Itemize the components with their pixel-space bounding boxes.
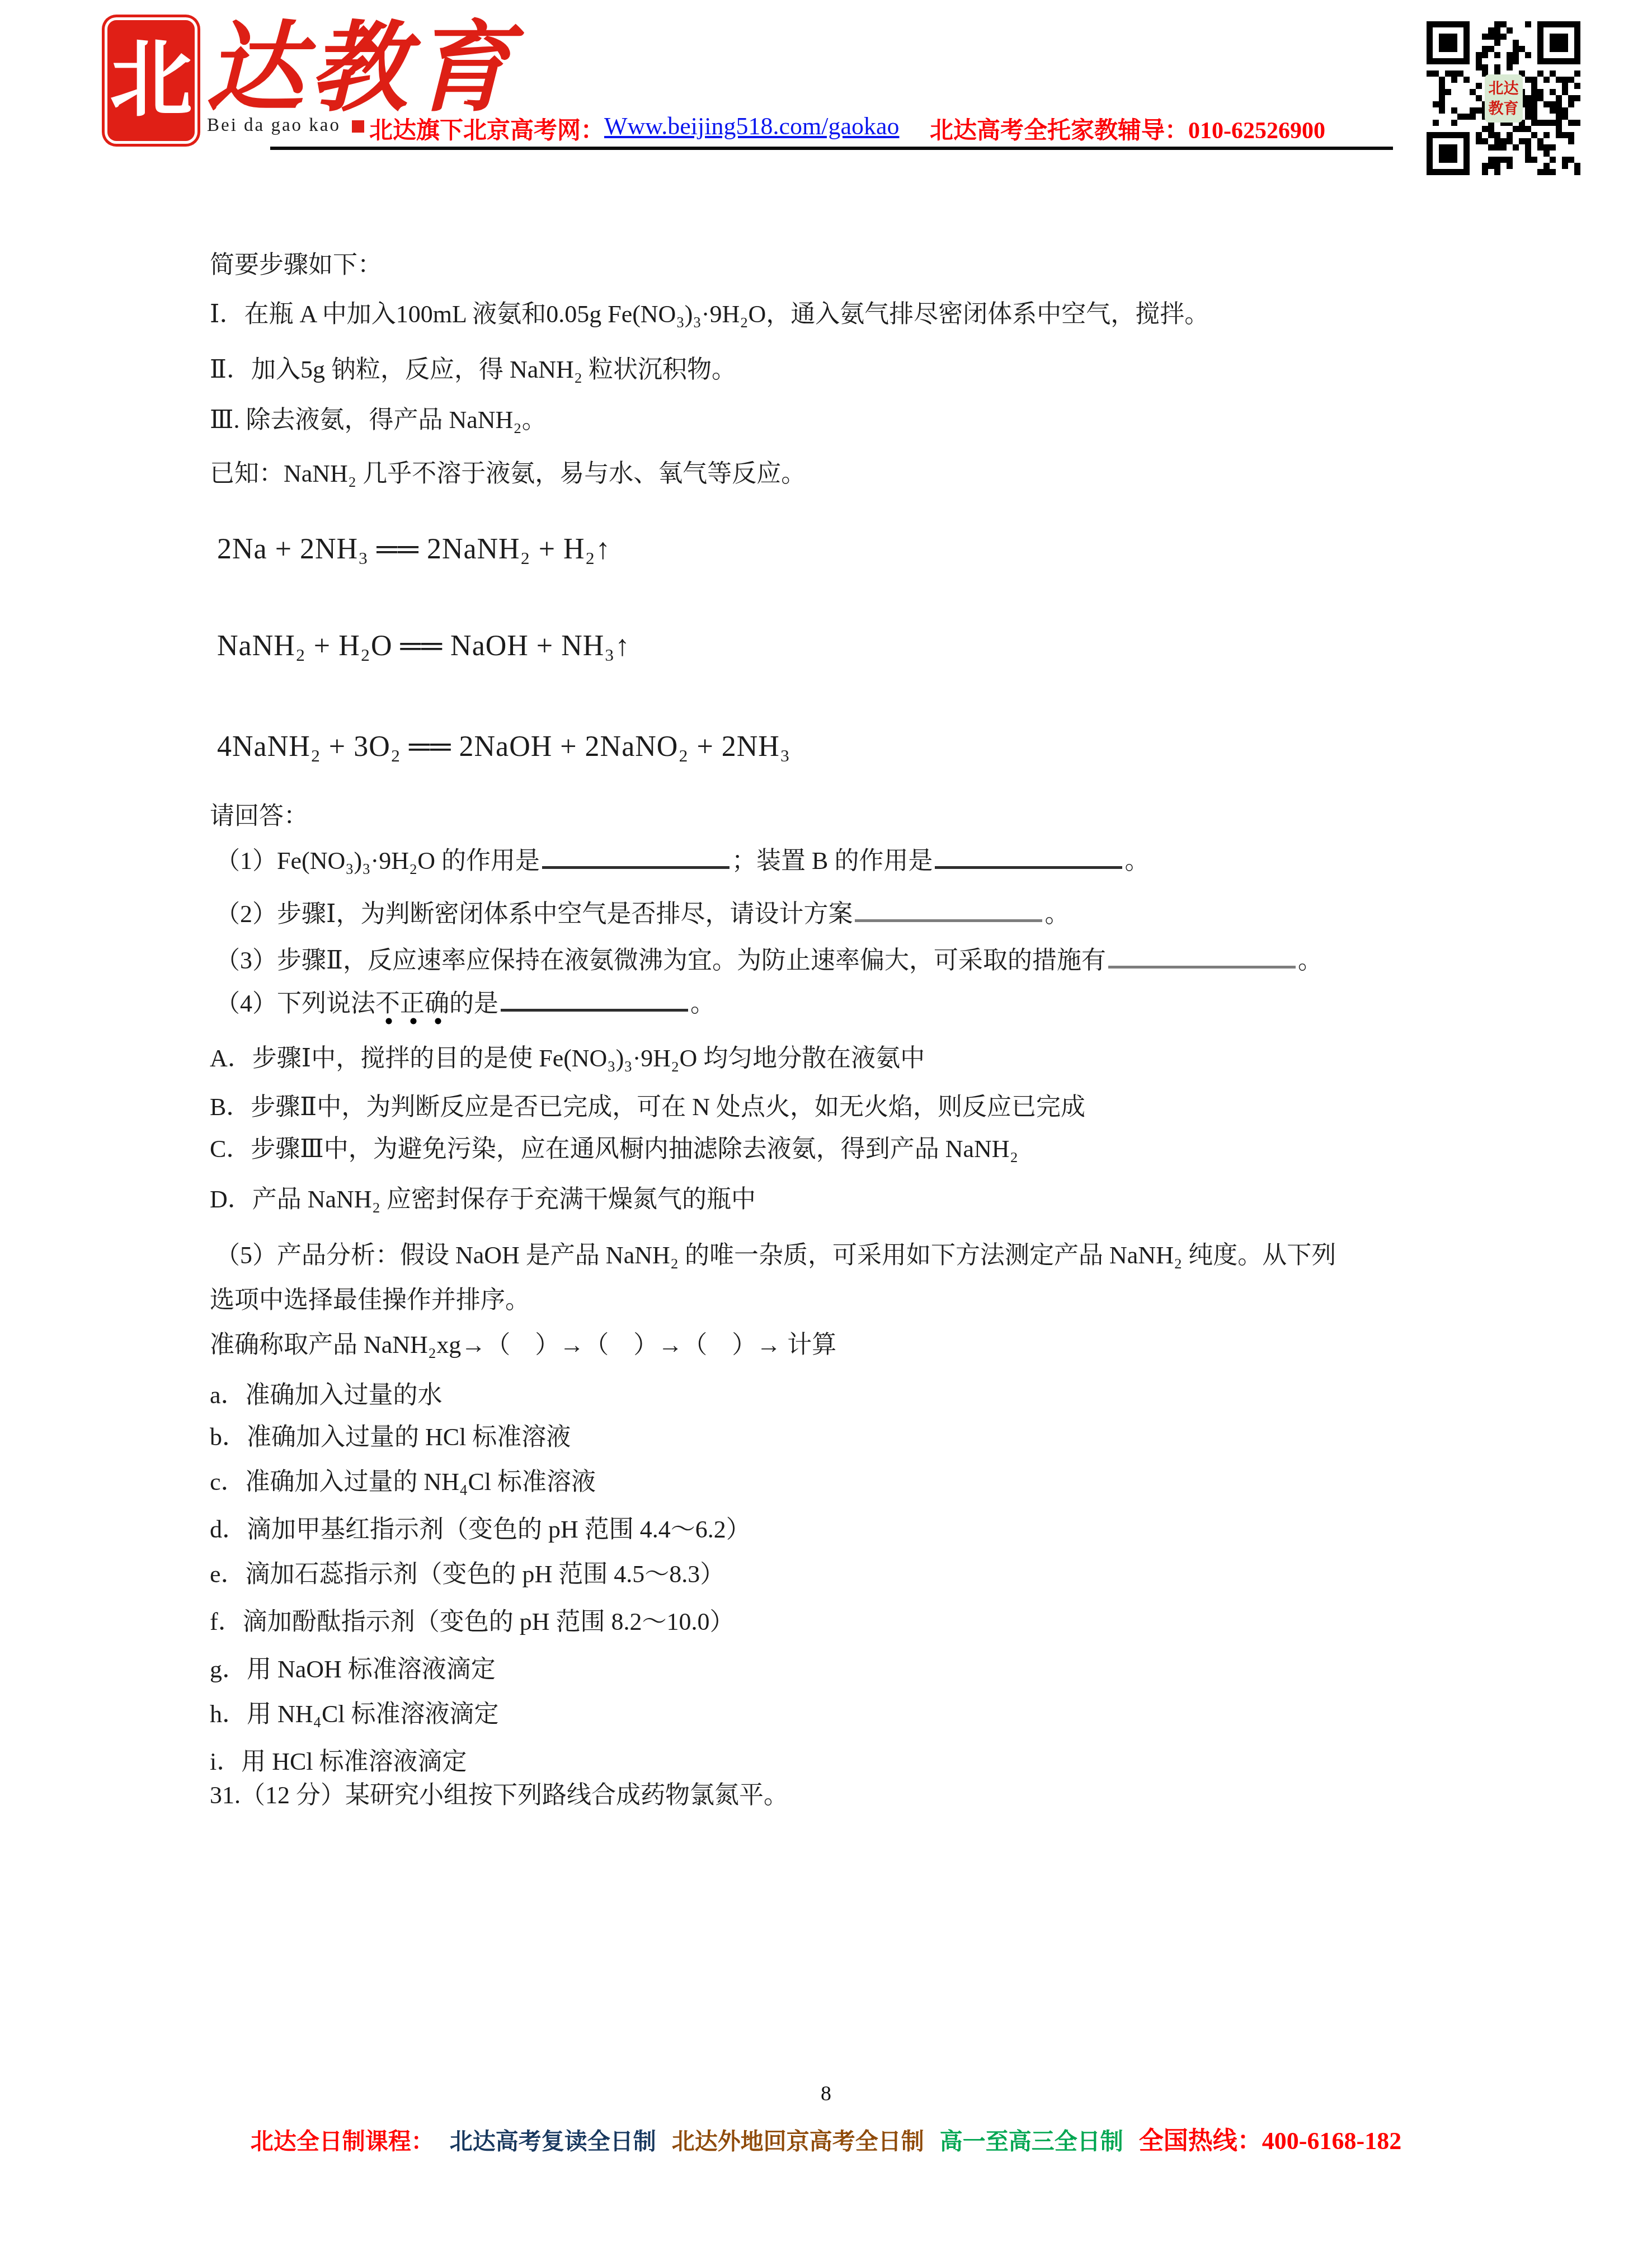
logo-subtitle-text: Bei da gao kao <box>207 115 341 135</box>
question-1-text: （1）Fe(NO₃)₃·9H₂O 的作用是 <box>215 847 540 875</box>
choice-b: B．步骤Ⅱ中，为判断反应是否已完成，可在 N 处点火，如无火焰，则反应已完成 <box>210 1089 1085 1125</box>
footer-hotline: 全国热线：400-6168-182 <box>1139 2127 1401 2155</box>
procedure-option-i: i．用 HCl 标准溶液滴定 <box>210 1744 467 1780</box>
tutor-phone-number: 010-62526900 <box>1188 118 1325 144</box>
question-2: （2）步骤Ⅰ，为判断密闭体系中空气是否排尽，请设计方案。 <box>215 896 1069 932</box>
step-2-line: Ⅱ．加入5g 钠粒，反应，得 NaNH₂ 粒状沉积物。 <box>210 352 736 388</box>
question-5-line-1: （5）产品分析：假设 NaOH 是产品 NaNH₂ 的唯一杂质，可采用如下方法测… <box>215 1238 1336 1273</box>
question-3: （3）步骤Ⅱ，反应速率应保持在液氨微沸为宜。为防止速率偏大，可采取的措施有。 <box>215 943 1322 979</box>
choice-a: A．步骤Ⅰ中，搅拌的目的是使 Fe(NO₃)₃·9H₂O 均匀地分散在液氨中 <box>210 1041 925 1077</box>
question-1-mid-text: ；装置 B 的作用是 <box>732 847 933 875</box>
choice-d: D．产品 NaNH₂ 应密封保存于充满干燥氮气的瓶中 <box>210 1182 756 1217</box>
procedure-option-g: g．用 NaOH 标准溶液滴定 <box>210 1652 496 1687</box>
question-1-blank-1 <box>542 866 729 869</box>
footer-course-bar: 北达全日制课程：北达高考复读全日制北达外地回京高考全日制高一至高三全日制全国热线… <box>0 2121 1652 2156</box>
procedure-flow-line: 准确称取产品 NaNH₂xg→（ ）→（ ）→（ ）→ 计算 <box>210 1327 836 1363</box>
question-1-blank-2 <box>935 866 1122 869</box>
tutor-hotline: 北达高考全托家教辅导：010-62526900 <box>930 112 1325 145</box>
step-3-line: Ⅲ. 除去液氨，得产品 NaNH₂。 <box>210 402 547 438</box>
question-2-text: （2）步骤Ⅰ，为判断密闭体系中空气是否排尽，请设计方案 <box>215 900 853 928</box>
red-square-icon <box>352 120 364 133</box>
procedure-option-c: c．准确加入过量的 NH₄Cl 标准溶液 <box>210 1464 596 1500</box>
question-3-end: 。 <box>1298 947 1322 974</box>
question-4: （4）下列说法不正确的是。 <box>215 986 715 1022</box>
question-5-line-2: 选项中选择最佳操作并排序。 <box>210 1282 530 1318</box>
question-4-blank <box>501 1009 688 1012</box>
footer-course-2: 北达外地回京高考全日制 <box>672 2128 924 2154</box>
logo-wordmark: 达教育 <box>206 10 516 128</box>
exam-document-page: 北 达教育 Bei da gao kao 北达旗下北京高考网： Www.beij… <box>0 0 1652 2247</box>
question-4-emphasized-text: 不正确 <box>375 990 449 1025</box>
intro-line: 简要步骤如下： <box>210 247 382 283</box>
question-2-end: 。 <box>1044 900 1069 928</box>
equation-2: NaNH₂ + H₂O ══ NaOH + NH₃↑ <box>217 626 630 667</box>
procedure-option-d: d．滴加甲基红指示剂（变色的 pH 范围 4.4～6.2） <box>210 1512 751 1548</box>
qr-code: 北达 教育 <box>1427 21 1580 175</box>
question-1: （1）Fe(NO₃)₃·9H₂O 的作用是；装置 B 的作用是。 <box>215 843 1149 879</box>
gaokao-site-link[interactable]: Www.beijing518.com/gaokao <box>604 112 899 140</box>
question-1-end: 。 <box>1124 847 1149 875</box>
procedure-option-a: a．准确加入过量的水 <box>210 1378 443 1413</box>
procedure-option-e: e．滴加石蕊指示剂（变色的 pH 范围 4.5～8.3） <box>210 1557 724 1592</box>
choice-c: C．步骤Ⅲ中，为避免污染，应在通风橱内抽滤除去液氨，得到产品 NaNH₂ <box>210 1131 1018 1167</box>
question-4-post-text: 的是 <box>449 990 498 1017</box>
question-4-end: 。 <box>690 990 715 1017</box>
known-facts-line: 已知：NaNH₂ 几乎不溶于液氨，易与水、氧气等反应。 <box>210 456 806 492</box>
beida-logo-stamp: 北 <box>107 20 195 141</box>
page-number: 8 <box>0 2081 1652 2106</box>
equation-1: 2Na + 2NH₃ ══ 2NaNH₂ + H₂↑ <box>217 529 611 570</box>
question-31-line: 31.（12 分）某研究小组按下列路线合成药物氯氮平。 <box>210 1778 788 1813</box>
step-1-line: Ⅰ．在瓶 A 中加入100mL 液氨和0.05g Fe(NO₃)₃·9H₂O，通… <box>210 297 1209 332</box>
logo-stamp-character: 北 <box>110 39 192 122</box>
qr-badge-line2: 教育 <box>1489 98 1519 119</box>
question-3-text: （3）步骤Ⅱ，反应速率应保持在液氨微沸为宜。为防止速率偏大，可采取的措施有 <box>215 947 1106 974</box>
tutor-label: 北达高考全托家教辅导： <box>930 118 1188 144</box>
procedure-option-f: f．滴加酚酞指示剂（变色的 pH 范围 8.2～10.0） <box>210 1604 734 1640</box>
qr-center-badge: 北达 教育 <box>1485 74 1523 123</box>
equation-3: 4NaNH₂ + 3O₂ ══ 2NaOH + 2NaNO₂ + 2NH₃ <box>217 726 790 768</box>
qr-badge-line1: 北达 <box>1489 78 1519 98</box>
question-4-text: （4）下列说法 <box>215 990 375 1017</box>
footer-course-1: 北达高考复读全日制 <box>450 2128 656 2154</box>
footer-course-3: 高一至高三全日制 <box>940 2128 1123 2154</box>
question-3-blank <box>1108 966 1296 969</box>
logo-subtitle: Bei da gao kao <box>207 115 364 136</box>
procedure-option-b: b．准确加入过量的 HCl 标准溶液 <box>210 1419 571 1455</box>
site-label: 北达旗下北京高考网： <box>369 112 604 145</box>
question-2-blank <box>855 919 1042 922</box>
please-answer-line: 请回答： <box>210 798 308 834</box>
header-divider-rule <box>270 147 1393 150</box>
procedure-option-h: h．用 NH₄Cl 标准溶液滴定 <box>210 1696 498 1732</box>
footer-course-label: 北达全日制课程： <box>251 2128 434 2154</box>
